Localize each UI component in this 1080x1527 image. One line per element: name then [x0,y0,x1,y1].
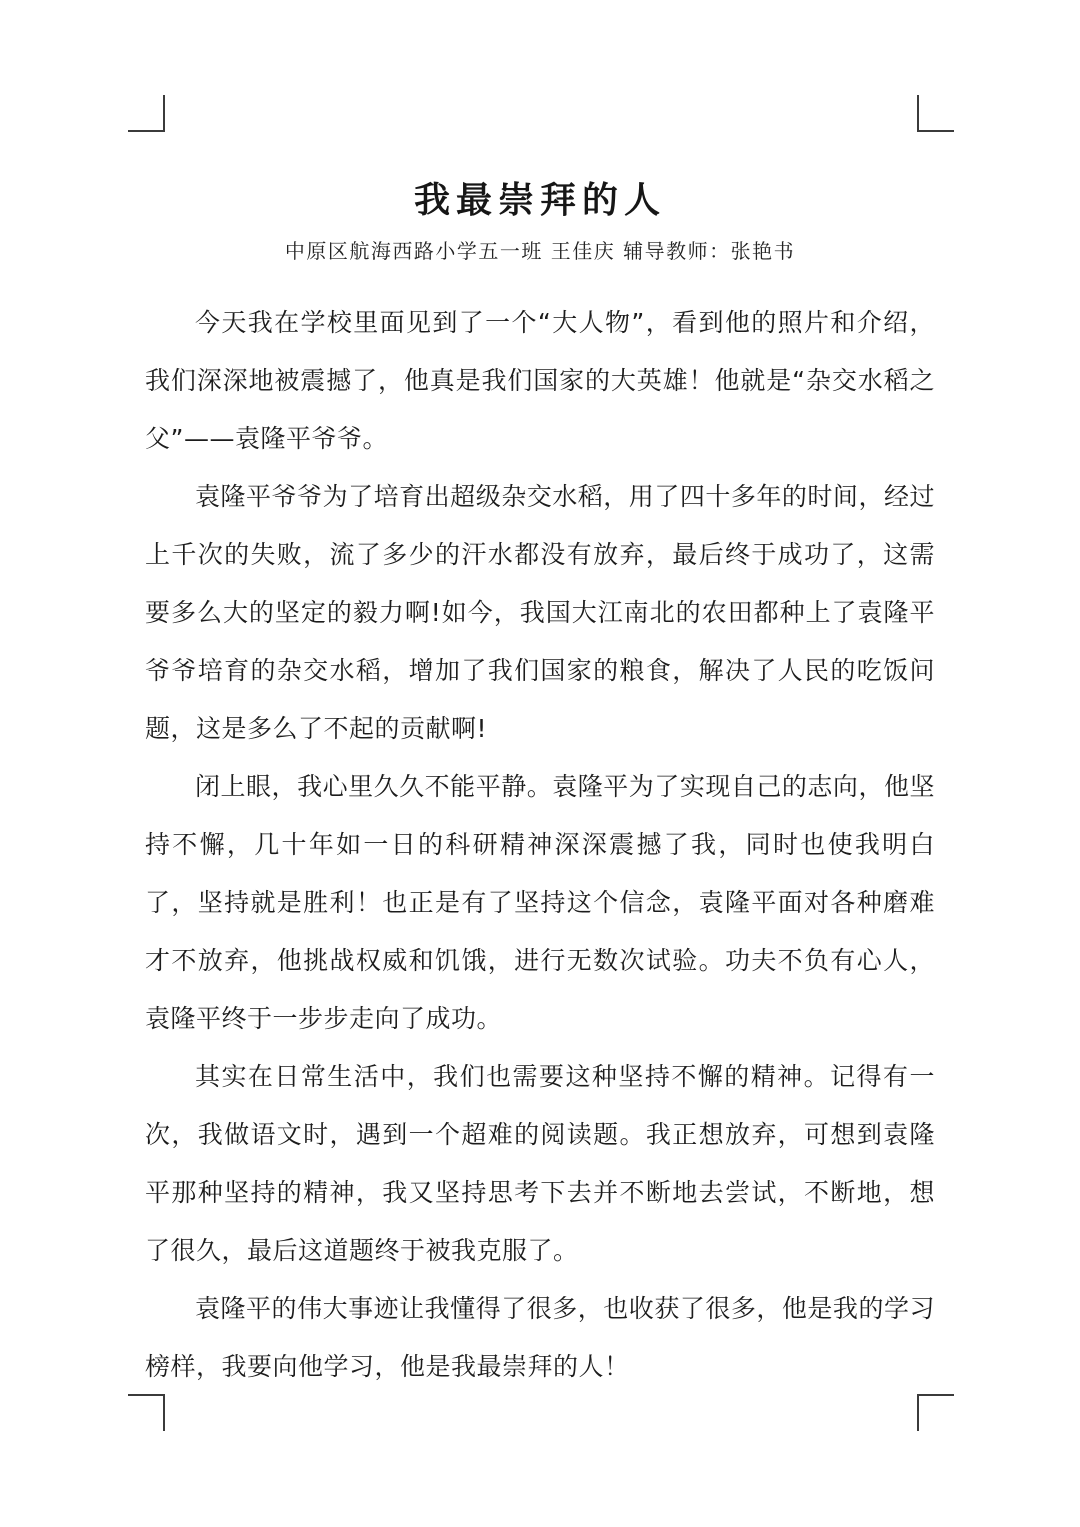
essay-body: 今天我在学校里面见到了一个“大人物”，看到他的照片和介绍，我们深深地被震撼了，他… [145,294,935,1396]
crop-mark-bottom-right [917,1394,954,1431]
crop-mark-bottom-left [128,1394,165,1431]
essay-paragraph: 袁隆平爷爷为了培育出超级杂交水稻，用了四十多年的时间，经过上千次的失败，流了多少… [145,468,935,758]
document-page: 我最崇拜的人 中原区航海西路小学五一班 王佳庆 辅导教师：张艳书 今天我在学校里… [0,0,1080,1527]
crop-mark-top-left [128,95,165,132]
essay-title: 我最崇拜的人 [145,172,935,223]
crop-mark-top-right [917,95,954,132]
essay-paragraph: 闭上眼，我心里久久不能平静。袁隆平为了实现自己的志向，他坚持不懈，几十年如一日的… [145,758,935,1048]
essay-paragraph: 其实在日常生活中，我们也需要这种坚持不懈的精神。记得有一次，我做语文时，遇到一个… [145,1048,935,1280]
essay-content: 我最崇拜的人 中原区航海西路小学五一班 王佳庆 辅导教师：张艳书 今天我在学校里… [145,172,935,1396]
essay-paragraph: 今天我在学校里面见到了一个“大人物”，看到他的照片和介绍，我们深深地被震撼了，他… [145,294,935,468]
essay-paragraph: 袁隆平的伟大事迹让我懂得了很多，也收获了很多，他是我的学习榜样，我要向他学习，他… [145,1280,935,1396]
essay-byline: 中原区航海西路小学五一班 王佳庆 辅导教师：张艳书 [145,235,935,264]
